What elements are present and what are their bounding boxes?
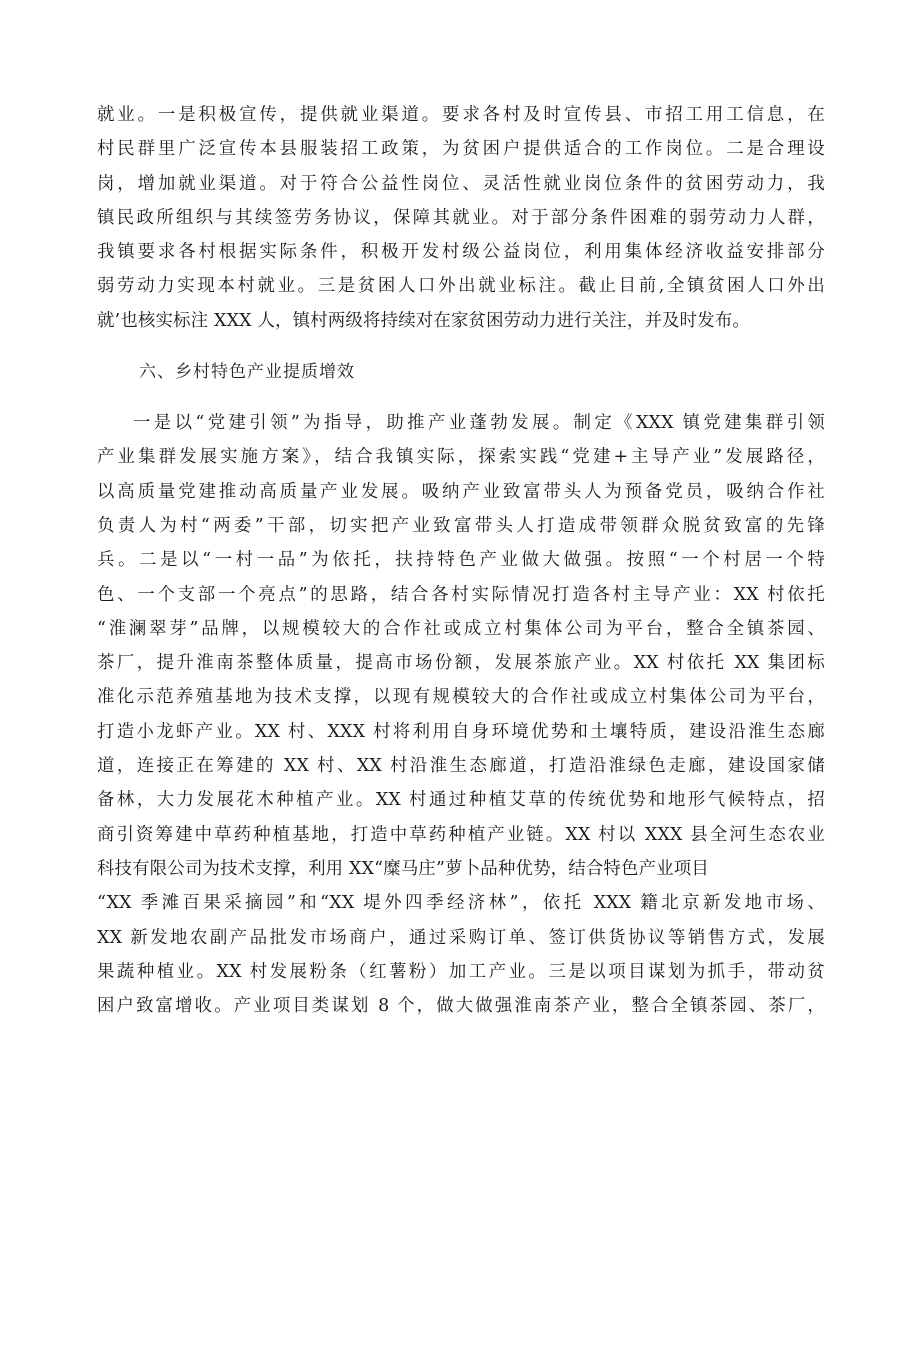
text-line: 困户致富增收。产业项目类谋划 8 个，做大做强淮南茶产业，整合全镇茶园、茶厂， xyxy=(97,989,825,1023)
section-heading: 六、乡村特色产业提质增效 xyxy=(97,355,825,389)
paragraph-employment: 就业。一是积极宣传，提供就业渠道。要求各村及时宣传县、市招工用工信息，在 村民群… xyxy=(97,98,825,338)
text-line: 科技有限公司为技术支撑，利用 XX“糜马庄”萝卜品种优势，结合特色产业项目 xyxy=(97,852,825,886)
text-line: 镇民政所组织与其续签劳务协议，保障其就业。对于部分条件困难的弱劳动力人群， xyxy=(97,201,825,235)
text-line: 打造小龙虾产业。XX 村、XXX 村将利用自身环境优势和土壤特质，建设沿淮生态廊 xyxy=(97,715,825,749)
text-line: “淮澜翠芽”品牌，以规模较大的合作社或成立村集体公司为平台，整合全镇茶园、 xyxy=(97,612,825,646)
text-line: 茶厂，提升淮南茶整体质量，提高市场份额，发展茶旅产业。XX 村依托 XX 集团标 xyxy=(97,646,825,680)
text-line: 就业。一是积极宣传，提供就业渠道。要求各村及时宣传县、市招工用工信息，在 xyxy=(97,98,825,132)
spacer xyxy=(97,389,825,406)
text-line: 道，连接正在筹建的 XX 村、XX 村沿淮生态廊道，打造沿淮绿色走廊，建设国家储 xyxy=(97,749,825,783)
text-line: 岗，增加就业渠道。对于符合公益性岗位、灵活性就业岗位条件的贫困劳动力，我 xyxy=(97,167,825,201)
text-line: 村民群里广泛宣传本县服装招工政策，为贫困户提供适合的工作岗位。二是合理设 xyxy=(97,132,825,166)
paragraph-industry: 一是以“党建引领”为指导，助推产业蓬勃发展。制定《XXX 镇党建集群引领 产业集… xyxy=(97,406,825,1023)
spacer xyxy=(97,338,825,355)
text-line: 弱劳动力实现本村就业。三是贫困人口外出就业标注。截止目前,全镇贫困人口外出 xyxy=(97,269,825,303)
text-line: 准化示范养殖基地为技术支撑，以现有规模较大的合作社或成立村集体公司为平台， xyxy=(97,680,825,714)
text-line: 负责人为村“两委”干部，切实把产业致富带头人打造成带领群众脱贫致富的先锋 xyxy=(97,509,825,543)
text-line: XX 新发地农副产品批发市场商户，通过采购订单、签订供货协议等销售方式，发展 xyxy=(97,921,825,955)
text-line: 色、一个支部一个亮点”的思路，结合各村实际情况打造各村主导产业：XX 村依托 xyxy=(97,578,825,612)
text-line: 以高质量党建推动高质量产业发展。吸纳产业致富带头人为预备党员，吸纳合作社 xyxy=(97,475,825,509)
text-line: 就’也核实标注 XXX 人，镇村两级将持续对在家贫困劳动力进行关注，并及时发布。 xyxy=(97,304,825,338)
text-line: 备林，大力发展花木种植产业。XX 村通过种植艾草的传统优势和地形气候特点，招 xyxy=(97,783,825,817)
text-line: 商引资筹建中草药种植基地，打造中草药种植产业链。XX 村以 XXX 县全河生态农… xyxy=(97,818,825,852)
text-line: “XX 季滩百果采摘园”和“XX 堤外四季经济林”，依托 XXX 籍北京新发地市… xyxy=(97,886,825,920)
text-line: 兵。二是以“一村一品”为依托，扶持特色产业做大做强。按照“一个村居一个特 xyxy=(97,543,825,577)
document-page: 就业。一是积极宣传，提供就业渠道。要求各村及时宣传县、市招工用工信息，在 村民群… xyxy=(97,98,825,1023)
text-line: 我镇要求各村根据实际条件，积极开发村级公益岗位，利用集体经济收益安排部分 xyxy=(97,235,825,269)
text-line: 产业集群发展实施方案》，结合我镇实际，探索实践“党建+主导产业”发展路径， xyxy=(97,440,825,474)
text-line: 果蔬种植业。XX 村发展粉条（红薯粉）加工产业。三是以项目谋划为抓手，带动贫 xyxy=(97,955,825,989)
text-line: 一是以“党建引领”为指导，助推产业蓬勃发展。制定《XXX 镇党建集群引领 xyxy=(97,406,825,440)
